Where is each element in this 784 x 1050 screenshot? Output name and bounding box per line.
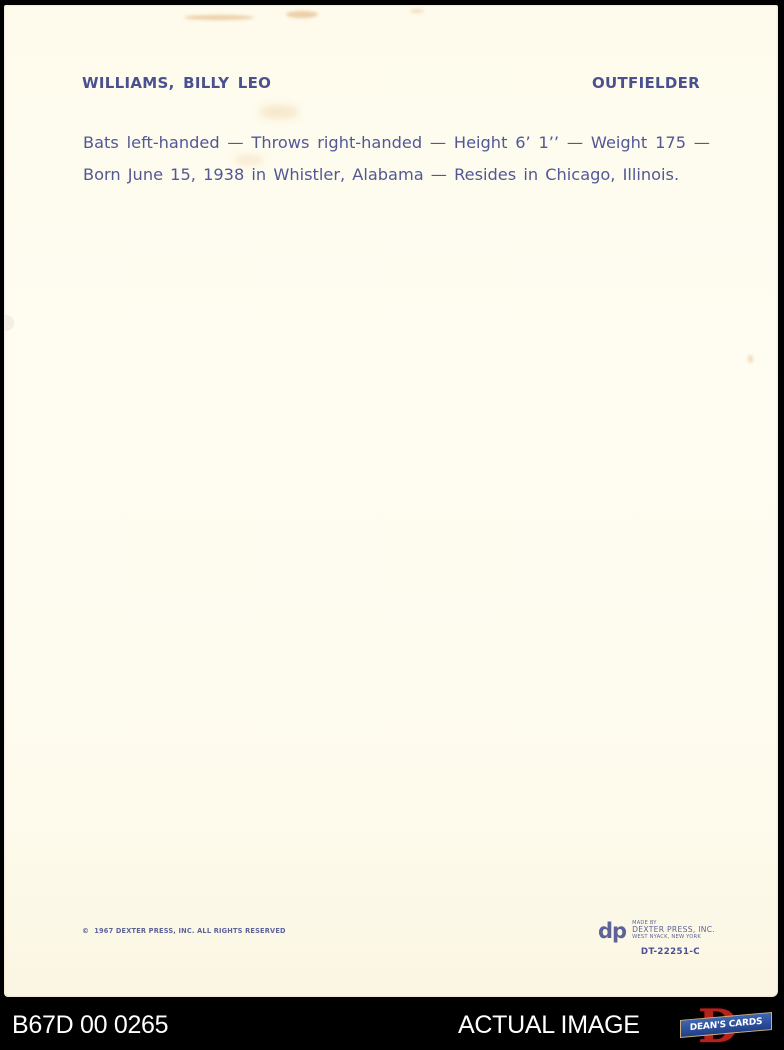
- stain-mark: [184, 15, 254, 20]
- player-name: WILLIAMS, BILLY LEO: [82, 74, 271, 92]
- stain-mark: [286, 11, 318, 18]
- maker-imprint: dp MADE BY DEXTER PRESS, INC. WEST NYACK…: [598, 919, 715, 942]
- card-back: WILLIAMS, BILLY LEO OUTFIELDER Bats left…: [4, 5, 778, 997]
- edge-nick: [4, 315, 14, 331]
- inventory-id: B67D 00 0265: [12, 1011, 168, 1040]
- brand-name: DEAN'S CARDS: [690, 1017, 763, 1033]
- dexter-press-logo-icon: dp: [598, 921, 626, 942]
- copyright-icon: ©: [82, 927, 89, 935]
- press-location: WEST NYACK, NEW YORK: [632, 935, 715, 941]
- stain-mark: [748, 355, 753, 363]
- copyright-notice: ©1967 DEXTER PRESS, INC. ALL RIGHTS RESE…: [82, 927, 286, 935]
- copyright-text: 1967 DEXTER PRESS, INC. ALL RIGHTS RESER…: [94, 927, 286, 935]
- player-bio: Bats left-handed — Throws right-handed —…: [83, 127, 710, 191]
- deans-cards-logo-icon: D DEAN'S CARDS: [676, 1003, 776, 1048]
- stain-mark: [410, 9, 424, 13]
- player-position: OUTFIELDER: [592, 74, 700, 92]
- card-code: DT-22251-C: [641, 947, 700, 957]
- actual-image-label: ACTUAL IMAGE: [458, 1011, 640, 1040]
- maker-text: MADE BY DEXTER PRESS, INC. WEST NYACK, N…: [632, 921, 715, 941]
- footer-bar: B67D 00 0265 ACTUAL IMAGE D DEAN'S CARDS: [0, 1000, 784, 1050]
- stain-mark: [259, 105, 299, 119]
